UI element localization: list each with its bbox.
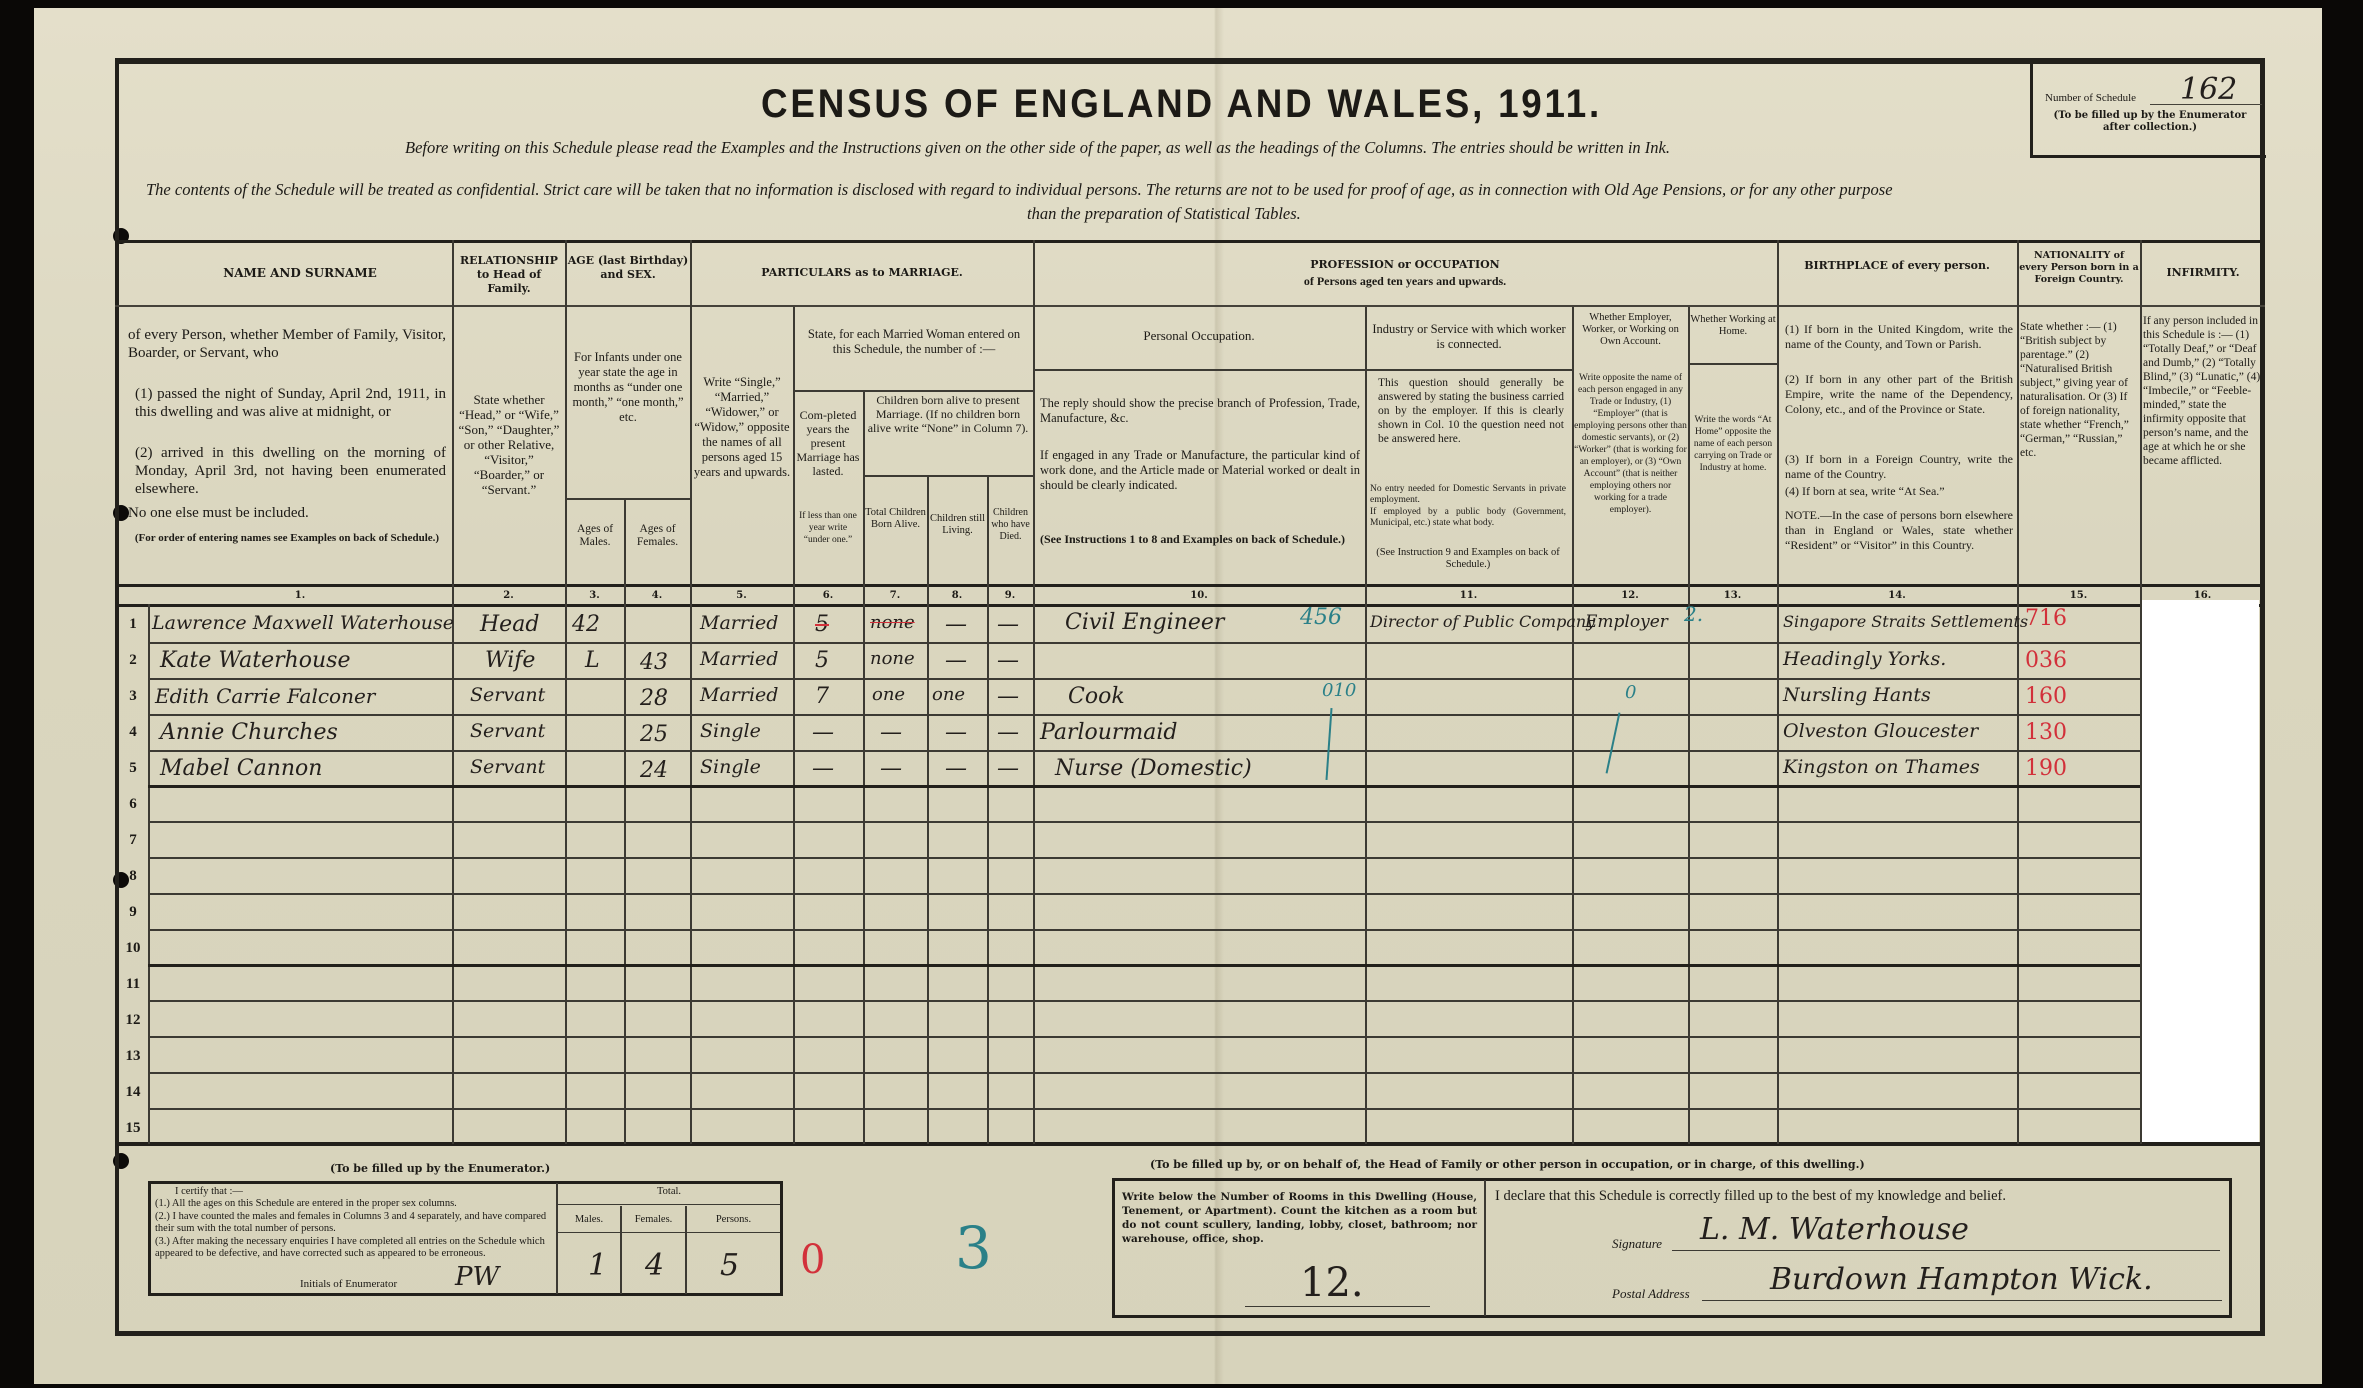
condition[interactable]: Married	[700, 612, 778, 634]
header-nationality: NATIONALITY of every Person born in a Fo…	[2019, 250, 2139, 286]
age-female[interactable]: 43	[640, 650, 668, 675]
died[interactable]: —	[997, 684, 1019, 709]
total-born-label: Total Children Born Alive.	[865, 507, 926, 531]
years-married-note: If less than one year write “under one.”	[795, 510, 861, 546]
industry-desc-3: If employed by a public body (Government…	[1370, 507, 1566, 529]
row-rule	[148, 857, 2140, 859]
personal-occupation-label: Personal Occupation.	[1035, 328, 1363, 344]
birthplace-desc-4: (4) If born at sea, write “At Sea.”	[1785, 484, 2013, 499]
age-female[interactable]: 24	[640, 758, 668, 783]
birthplace-desc-3: (3) If born in a Foreign Country, write …	[1785, 452, 2013, 482]
enumerator-divider	[556, 1183, 558, 1294]
colnum-8: 8.	[927, 590, 987, 601]
col-divider	[927, 475, 929, 1144]
birthplace-desc-1: (1) If born in the United Kingdom, write…	[1785, 322, 2013, 352]
redacted-infirmity-block	[2142, 600, 2259, 1142]
certify-item-1: (1.) All the ages on this Schedule are e…	[155, 1198, 555, 1210]
condition[interactable]: Single	[700, 720, 761, 742]
confidential-line-2: than the preparation of Statistical Tabl…	[1027, 204, 1301, 224]
industry-label: Industry or Service with which worker is…	[1367, 322, 1571, 352]
header-relationship: RELATIONSHIP to Head of Family.	[454, 254, 564, 296]
enumerator-initials[interactable]: PW	[455, 1262, 499, 1292]
birthplace[interactable]: Olveston Gloucester	[1783, 720, 1978, 742]
row-rule	[148, 893, 2140, 895]
row-number: 1	[120, 616, 146, 633]
marriage-condition-desc: Write “Single,” “Married,” “Widower,” or…	[693, 375, 791, 480]
birthplace[interactable]: Kingston on Thames	[1783, 756, 1980, 778]
colnum-2: 2.	[452, 590, 565, 601]
householder-divider	[1484, 1180, 1486, 1316]
header-birthplace: BIRTHPLACE of every person.	[1779, 259, 2015, 273]
colnum-13: 13.	[1688, 590, 1777, 601]
red-mark: 0	[800, 1237, 825, 1283]
occupation[interactable]: Civil Engineer	[1065, 610, 1224, 635]
person-name[interactable]: Lawrence Maxwell Waterhouse	[152, 612, 454, 634]
still-living[interactable]: —	[945, 648, 967, 673]
birthplace[interactable]: Singapore Straits Settlements	[1783, 612, 2028, 631]
total-born[interactable]: one	[872, 684, 905, 705]
years-married[interactable]: 5	[815, 648, 829, 673]
signature-label: Signature	[1612, 1236, 1662, 1252]
age-sub-rule	[565, 498, 690, 500]
married-woman-desc: State, for each Married Woman entered on…	[800, 327, 1028, 357]
col-divider	[1777, 240, 1779, 1144]
died[interactable]: —	[997, 720, 1019, 745]
schedule-number-underline	[2150, 104, 2262, 105]
header-infirmity: INFIRMITY.	[2142, 266, 2264, 280]
home-label: Whether Working at Home.	[1690, 314, 1776, 338]
address-label: Postal Address	[1612, 1286, 1690, 1302]
nationality-code: 190	[2025, 756, 2067, 781]
colnum-11: 11.	[1365, 590, 1572, 601]
still-living[interactable]: —	[945, 720, 967, 745]
relationship[interactable]: Head	[480, 612, 539, 637]
row-rule	[148, 1000, 2140, 1002]
relationship[interactable]: Servant	[470, 720, 545, 742]
header-occupation: PROFESSION or OCCUPATION	[1035, 258, 1775, 272]
age-male[interactable]: 42	[572, 612, 600, 637]
name-desc-3: (2) arrived in this dwelling on the morn…	[135, 444, 446, 498]
col-divider	[452, 240, 454, 1144]
rooms-desc: Write below the Number of Rooms in this …	[1122, 1190, 1477, 1246]
col-divider	[1365, 307, 1367, 1144]
signature-line	[1672, 1250, 2220, 1251]
years-married[interactable]: —	[812, 720, 834, 745]
row-number: 4	[120, 724, 146, 741]
personal-occupation-desc-2: If engaged in any Trade or Manufacture, …	[1040, 448, 1360, 493]
relationship[interactable]: Servant	[470, 756, 545, 778]
years-married-desc: Com-pleted years the present Marriage ha…	[795, 408, 861, 478]
total-born[interactable]: none	[870, 612, 915, 633]
total-label: Total.	[558, 1186, 780, 1197]
row-rule-bold	[148, 785, 2140, 788]
row-number: 13	[120, 1048, 146, 1065]
age-female[interactable]: 28	[640, 686, 668, 711]
enumerator-rule	[558, 1232, 780, 1233]
still-living[interactable]: one	[932, 684, 965, 705]
row-number: 3	[120, 688, 146, 705]
occupation[interactable]: Parlourmaid	[1040, 720, 1178, 745]
colnum-5: 5.	[690, 590, 793, 601]
col-divider	[1688, 307, 1690, 1144]
row-number: 6	[120, 796, 146, 813]
col-divider	[1033, 240, 1035, 1144]
colnum-4: 4.	[624, 590, 690, 601]
col-divider	[148, 604, 150, 1144]
postal-address[interactable]: Burdown Hampton Wick.	[1770, 1262, 2153, 1297]
nationality-code: 036	[2025, 648, 2067, 673]
age-desc: For Infants under one year state the age…	[567, 350, 689, 425]
still-living[interactable]: —	[945, 756, 967, 781]
age-males-label: Ages of Males.	[567, 523, 623, 549]
personal-occupation-desc-3: (See Instructions 1 to 8 and Examples on…	[1040, 532, 1360, 546]
col-divider	[987, 475, 989, 1144]
relationship-desc: State whether “Head,” or “Wife,” “Son,” …	[456, 392, 562, 497]
name-desc-4: No one else must be included.	[128, 505, 446, 521]
page-title: CENSUS OF ENGLAND AND WALES, 1911.	[95, 82, 2269, 127]
colnum-14: 14.	[1777, 590, 2017, 601]
birthplace[interactable]: Nursling Hants	[1783, 684, 1931, 706]
declaration: I declare that this Schedule is correctl…	[1495, 1188, 2006, 1205]
personal-occupation-desc-1: The reply should show the precise branch…	[1040, 396, 1360, 426]
years-married[interactable]: —	[812, 756, 834, 781]
years-married[interactable]: 5	[815, 612, 829, 637]
person-name[interactable]: Mabel Cannon	[160, 756, 322, 781]
confidential-line-1: The contents of the Schedule will be tre…	[146, 180, 1893, 200]
row-rule	[148, 1036, 2140, 1038]
colnum-bottom-rule	[115, 604, 2265, 607]
total-males[interactable]: 1	[588, 1248, 607, 1283]
initials-label: Initials of Enumerator	[300, 1278, 397, 1290]
row-rule-bold	[148, 964, 2140, 967]
instruction-line: Before writing on this Schedule please r…	[405, 138, 1670, 158]
died[interactable]: —	[997, 612, 1019, 637]
colnum-12: 12.	[1572, 590, 1688, 601]
colnum-7: 7.	[863, 590, 927, 601]
schedule-number-note: (To be filled up by the Enumerator after…	[2040, 110, 2260, 134]
total-persons[interactable]: 5	[720, 1248, 739, 1283]
occupation-code: 456	[1300, 605, 1342, 630]
teal-mark: 3	[955, 1214, 992, 1282]
row-rule	[148, 1108, 2140, 1110]
nationality-code: 716	[2025, 606, 2067, 631]
person-name[interactable]: Edith Carrie Falconer	[155, 684, 375, 708]
row-number: 8	[120, 868, 146, 885]
children-sub-rule	[863, 475, 1033, 477]
died-label: Children who have Died.	[989, 507, 1032, 543]
females-label: Females.	[622, 1214, 685, 1225]
row-number: 5	[120, 760, 146, 777]
still-living-label: Children still Living.	[929, 513, 986, 537]
row-rule	[148, 750, 2140, 752]
row-number: 11	[120, 976, 146, 993]
row-number: 9	[120, 904, 146, 921]
enumerator-rule	[558, 1204, 780, 1205]
birthplace[interactable]: Headingly Yorks.	[1783, 648, 1946, 670]
nationality-desc: State whether :— (1) “British subject by…	[2020, 320, 2138, 460]
certify-label: I certify that :—	[175, 1186, 243, 1197]
relationship[interactable]: Wife	[485, 648, 535, 673]
name-desc-2: (1) passed the night of Sunday, April 2n…	[135, 385, 446, 421]
row-number: 7	[120, 832, 146, 849]
persons-label: Persons.	[687, 1214, 780, 1225]
address-line	[1702, 1300, 2222, 1301]
colnum-top-rule	[115, 584, 2265, 587]
colnum-6: 6.	[793, 590, 863, 601]
birthplace-desc-2: (2) If born in any other part of the Bri…	[1785, 372, 2013, 417]
certify-item-2: (2.) I have counted the males and female…	[155, 1211, 555, 1235]
occupation[interactable]: Nurse (Domestic)	[1055, 756, 1252, 781]
children-desc: Children born alive to present Marriage.…	[865, 393, 1031, 435]
birthplace-note: NOTE.—In the case of persons born elsewh…	[1785, 508, 2013, 553]
occupation-code: 010	[1322, 680, 1356, 701]
schedule-number[interactable]: 162	[2180, 72, 2237, 107]
infirmity-desc: If any person included in this Schedule …	[2143, 314, 2263, 468]
occupation-sub-rule-2	[1688, 363, 1777, 365]
total-females[interactable]: 4	[645, 1248, 664, 1283]
industry[interactable]: Director of Public Company	[1370, 612, 1595, 631]
colnum-1: 1.	[148, 590, 452, 601]
colnum-15: 15.	[2017, 590, 2140, 601]
name-desc-5: (For order of entering names see Example…	[124, 532, 450, 545]
industry-desc-4: (See Instruction 9 and Examples on back …	[1370, 547, 1566, 571]
rooms-count[interactable]: 12.	[1300, 1260, 1364, 1306]
row-number: 15	[120, 1120, 146, 1137]
enumerator-heading: (To be filled up by the Enumerator.)	[330, 1162, 550, 1175]
row-rule	[148, 678, 2140, 680]
header-occupation-sub: of Persons aged ten years and upwards.	[1035, 273, 1775, 289]
total-born[interactable]: —	[880, 720, 902, 745]
marriage-sub-rule	[793, 390, 1033, 392]
signature[interactable]: L. M. Waterhouse	[1700, 1212, 1969, 1247]
colnum-3: 3.	[565, 590, 624, 601]
row-rule	[148, 929, 2140, 931]
total-born[interactable]: —	[880, 756, 902, 781]
employer-desc: Write opposite the name of each person e…	[1574, 372, 1687, 516]
age-females-label: Ages of Females.	[626, 523, 689, 549]
industry-desc-2: No entry needed for Domestic Servants in…	[1370, 484, 1566, 506]
industry-desc-1: This question should generally be answer…	[1378, 376, 1564, 446]
row-rule	[148, 821, 2140, 823]
colnum-10: 10.	[1033, 590, 1365, 601]
condition[interactable]: Single	[700, 756, 761, 778]
condition[interactable]: Married	[700, 684, 778, 706]
colnum-9: 9.	[987, 590, 1033, 601]
died[interactable]: —	[997, 648, 1019, 673]
row-number: 12	[120, 1012, 146, 1029]
occupation[interactable]: Cook	[1068, 684, 1125, 709]
home-desc: Write the words “At Home” opposite the n…	[1692, 414, 1774, 474]
employer-status[interactable]: Employer	[1585, 612, 1668, 632]
certify-item-3: (3.) After making the necessary enquirie…	[155, 1236, 555, 1260]
header-age: AGE (last Birthday) and SEX.	[567, 254, 689, 282]
table-bottom-rule	[115, 1142, 2265, 1146]
person-name[interactable]: Kate Waterhouse	[160, 648, 351, 673]
col-divider	[2017, 240, 2019, 1144]
employer-label: Whether Employer, Worker, or Working on …	[1574, 312, 1687, 348]
name-desc-1: of every Person, whether Member of Famil…	[128, 326, 446, 362]
row-number: 10	[120, 940, 146, 957]
header-marriage: PARTICULARS as to MARRIAGE.	[692, 266, 1032, 280]
rooms-underline	[1245, 1306, 1430, 1307]
relationship[interactable]: Servant	[470, 684, 545, 706]
total-born[interactable]: none	[870, 648, 915, 669]
employer-code: 2.	[1684, 602, 1703, 626]
householder-heading: (To be filled up by, or on behalf of, th…	[1150, 1158, 1865, 1171]
row-rule	[148, 1072, 2140, 1074]
condition[interactable]: Married	[700, 648, 778, 670]
males-label: Males.	[558, 1214, 620, 1225]
age-female[interactable]: 25	[640, 722, 668, 747]
row-number: 14	[120, 1084, 146, 1101]
employer-code: 0	[1625, 682, 1636, 703]
row-number: 2	[120, 652, 146, 669]
row-rule	[148, 714, 2140, 716]
age-male[interactable]: L	[585, 648, 600, 673]
died[interactable]: —	[997, 756, 1019, 781]
header-name: NAME AND SURNAME	[150, 266, 450, 280]
header-top-rule	[115, 240, 2265, 243]
years-married[interactable]: 7	[815, 684, 829, 709]
schedule-number-label: Number of Schedule	[2045, 92, 2136, 104]
occupation-sub-rule	[1033, 369, 1572, 371]
row-rule	[148, 642, 2140, 644]
nationality-code: 160	[2025, 684, 2067, 709]
still-living[interactable]: —	[945, 612, 967, 637]
header-title-rule	[115, 305, 2265, 307]
col-divider	[863, 390, 865, 1144]
nationality-code: 130	[2025, 720, 2067, 745]
col-divider	[690, 240, 692, 1144]
person-name[interactable]: Annie Churches	[160, 720, 338, 745]
